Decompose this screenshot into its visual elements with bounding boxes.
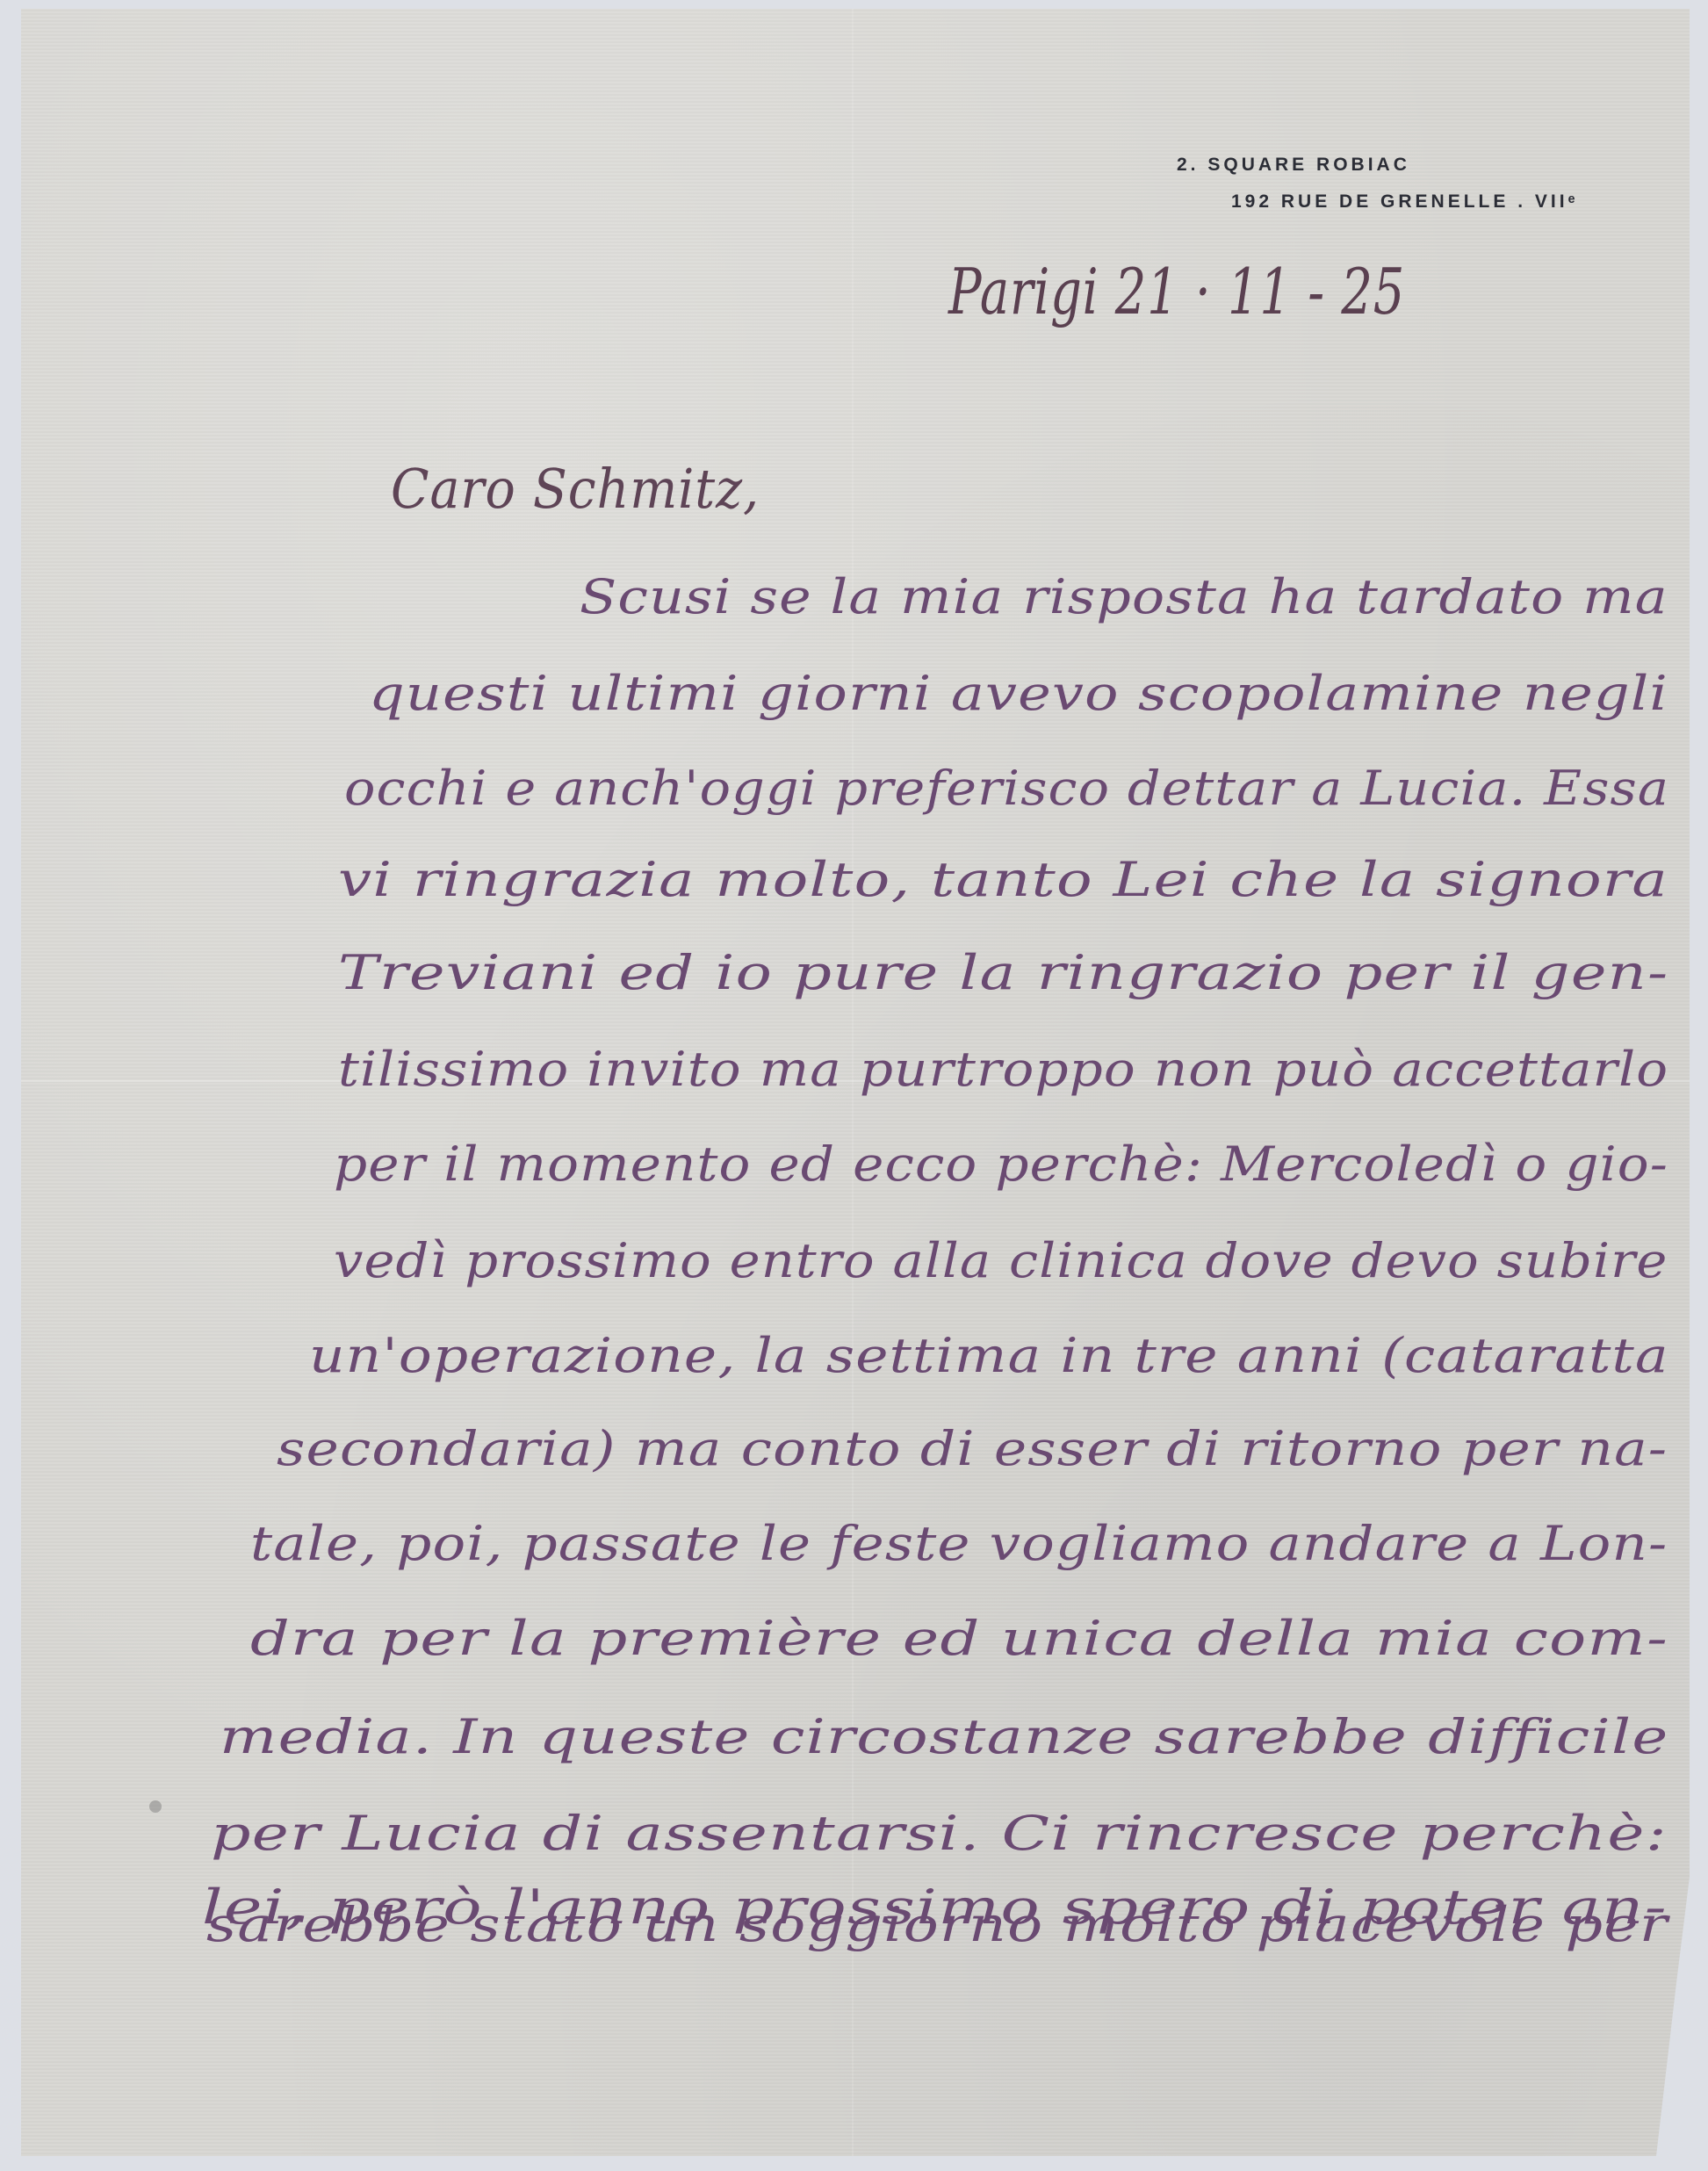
letterhead-line-2: 192 RUE DE GRENELLE . VIIᵉ xyxy=(1231,191,1578,213)
body-line: secondaria) ma conto di esser di ritorno… xyxy=(277,1421,1668,1476)
body-line: dra per la première ed unica della mia c… xyxy=(250,1611,1668,1666)
body-line: occhi e anch'oggi preferisco dettar a Lu… xyxy=(344,761,1669,816)
body-line: Scusi se la mia risposta ha tardato ma xyxy=(580,569,1668,624)
body-line: questi ultimi giorni avevo scopolamine n… xyxy=(369,666,1668,721)
body-line: tale, poi, passate le feste vogliamo and… xyxy=(250,1516,1668,1571)
body-line: tilissimo invito ma purtroppo non può ac… xyxy=(338,1042,1668,1097)
body-line: vi ringrazia molto, tanto Lei che la sig… xyxy=(338,852,1668,907)
paper-stain xyxy=(149,1800,162,1813)
body-line: Treviani ed io pure la ringrazio per il … xyxy=(338,945,1668,1000)
place-date: Parigi 21 · 11 - 25 xyxy=(948,255,1405,328)
body-line: per il momento ed ecco perchè: Mercoledì… xyxy=(334,1136,1668,1192)
body-line: vedì prossimo entro alla clinica dove de… xyxy=(334,1233,1668,1288)
salutation: Caro Schmitz, xyxy=(391,457,760,521)
body-line: media. In queste circostanze sarebbe dif… xyxy=(220,1709,1668,1764)
body-line: lei, però l'anno prossimo spero di poter… xyxy=(202,1879,1668,1935)
body-line: un'operazione, la settima in tre anni (c… xyxy=(309,1328,1669,1383)
body-line: per Lucia di assentarsi. Ci rincresce pe… xyxy=(211,1806,1668,1861)
letterhead-line-1: 2. SQUARE ROBIAC xyxy=(1177,155,1410,176)
